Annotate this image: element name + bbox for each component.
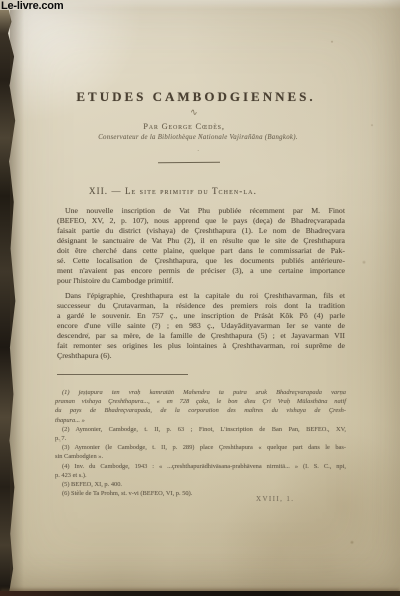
text-line: (1) jeṣṭapura ten vraḥ kamratāṅ Mahendra…: [55, 388, 346, 397]
text-line: Çreshthapura (6).: [57, 351, 345, 361]
text-line: thapura... »: [55, 416, 346, 425]
text-line: p. 423 et s.).: [55, 471, 346, 480]
text-line: sin Cambodgien ».: [55, 452, 346, 461]
text-line: (5) BEFEO, XI, p. 400.: [55, 480, 346, 489]
text-line: du pays de Bhadreçvarapada, de la corpor…: [55, 406, 346, 415]
paragraph-2: Dans l'épigraphie, Çreshthapura est la c…: [57, 291, 345, 361]
text-line: a gardé le souvenir. En 757 ç., une insc…: [57, 311, 345, 321]
text-line: Une nouvelle inscription de Vat Phu publ…: [57, 206, 345, 216]
scanned-book-page: Le-livre.com ETUDES CAMBODGIENNES. ∿ Par…: [0, 0, 400, 596]
separator-ornament-icon: ·: [197, 147, 199, 155]
title-ornament-icon: ∿: [189, 107, 198, 119]
scan-bottom-shadow: [0, 591, 400, 596]
footnote-2: (2) Aymonier, Cambodge, t. II, p. 63 ; F…: [55, 425, 346, 443]
text-line: encore d'une ville sainte (?) ; en 983 ç…: [57, 321, 345, 331]
text-line: (BEFEO, XV, 2, p. 107), nous apprend que…: [57, 216, 345, 226]
text-line: praman vishaya Çreshthapura..., « en 728…: [55, 397, 346, 406]
text-line: p. 7.: [55, 434, 346, 443]
text-line: doit être cherché dans cette plaine, que…: [57, 246, 345, 256]
section-heading: XII. — Le site primitif du Tchen-la.: [89, 186, 257, 196]
text-line: (3) Aymonier (le Cambodge, t. II, p. 289…: [55, 443, 346, 452]
text-line: Dans l'épigraphie, Çreshthapura est la c…: [57, 291, 345, 301]
gathering-signature: XVIII, 1.: [256, 495, 294, 503]
text-line: descendre, par sa mère, de la famille de…: [57, 331, 345, 341]
footnote-4: (4) Inv. du Cambodge, 1943 : « ...çresht…: [55, 462, 346, 480]
author-byline: Par George Cœdès,: [0, 121, 368, 131]
text-line: successeur du Çrutavarman, la résidence …: [57, 301, 345, 311]
author-role: Conservateur de la Bibliothèque National…: [0, 134, 396, 141]
footnote-6: (6) Stèle de Ta Prohm, st. v-vi (BEFEO, …: [55, 489, 346, 498]
footnote-1: (1) jeṣṭapura ten vraḥ kamratāṅ Mahendra…: [55, 388, 346, 425]
text-line: désignant le sanctuaire de Vat Phu (2), …: [57, 236, 345, 246]
article-title: ETUDES CAMBODGIENNES.: [0, 89, 392, 105]
text-line: pour l'histoire du Cambodge primitif.: [57, 276, 345, 286]
footnote-3: (3) Aymonier (le Cambodge, t. II, p. 289…: [55, 443, 346, 461]
text-line: (4) Inv. du Cambodge, 1943 : « ...çresht…: [55, 462, 346, 471]
footnote-rule: [57, 374, 188, 375]
text-line: ment n'avaient pas encore permis de préc…: [57, 266, 345, 276]
text-line: sé. Cette localisation de Çreshthapura, …: [57, 256, 345, 266]
footnotes-block: (1) jeṣṭapura ten vraḥ kamratāṅ Mahendra…: [55, 388, 346, 498]
text-line: faisait partie du district (vishaya) de …: [57, 226, 345, 236]
site-watermark: Le-livre.com: [1, 0, 63, 12]
text-line: (6) Stèle de Ta Prohm, st. v-vi (BEFEO, …: [55, 489, 346, 498]
text-line: (2) Aymonier, Cambodge, t. II, p. 63 ; F…: [55, 425, 346, 434]
paragraph-1: Une nouvelle inscription de Vat Phu publ…: [57, 206, 345, 286]
text-line: fait remonter ses origines les plus loin…: [57, 341, 345, 351]
footnote-5: (5) BEFEO, XI, p. 400.: [55, 480, 346, 489]
header-rule: [158, 162, 220, 164]
